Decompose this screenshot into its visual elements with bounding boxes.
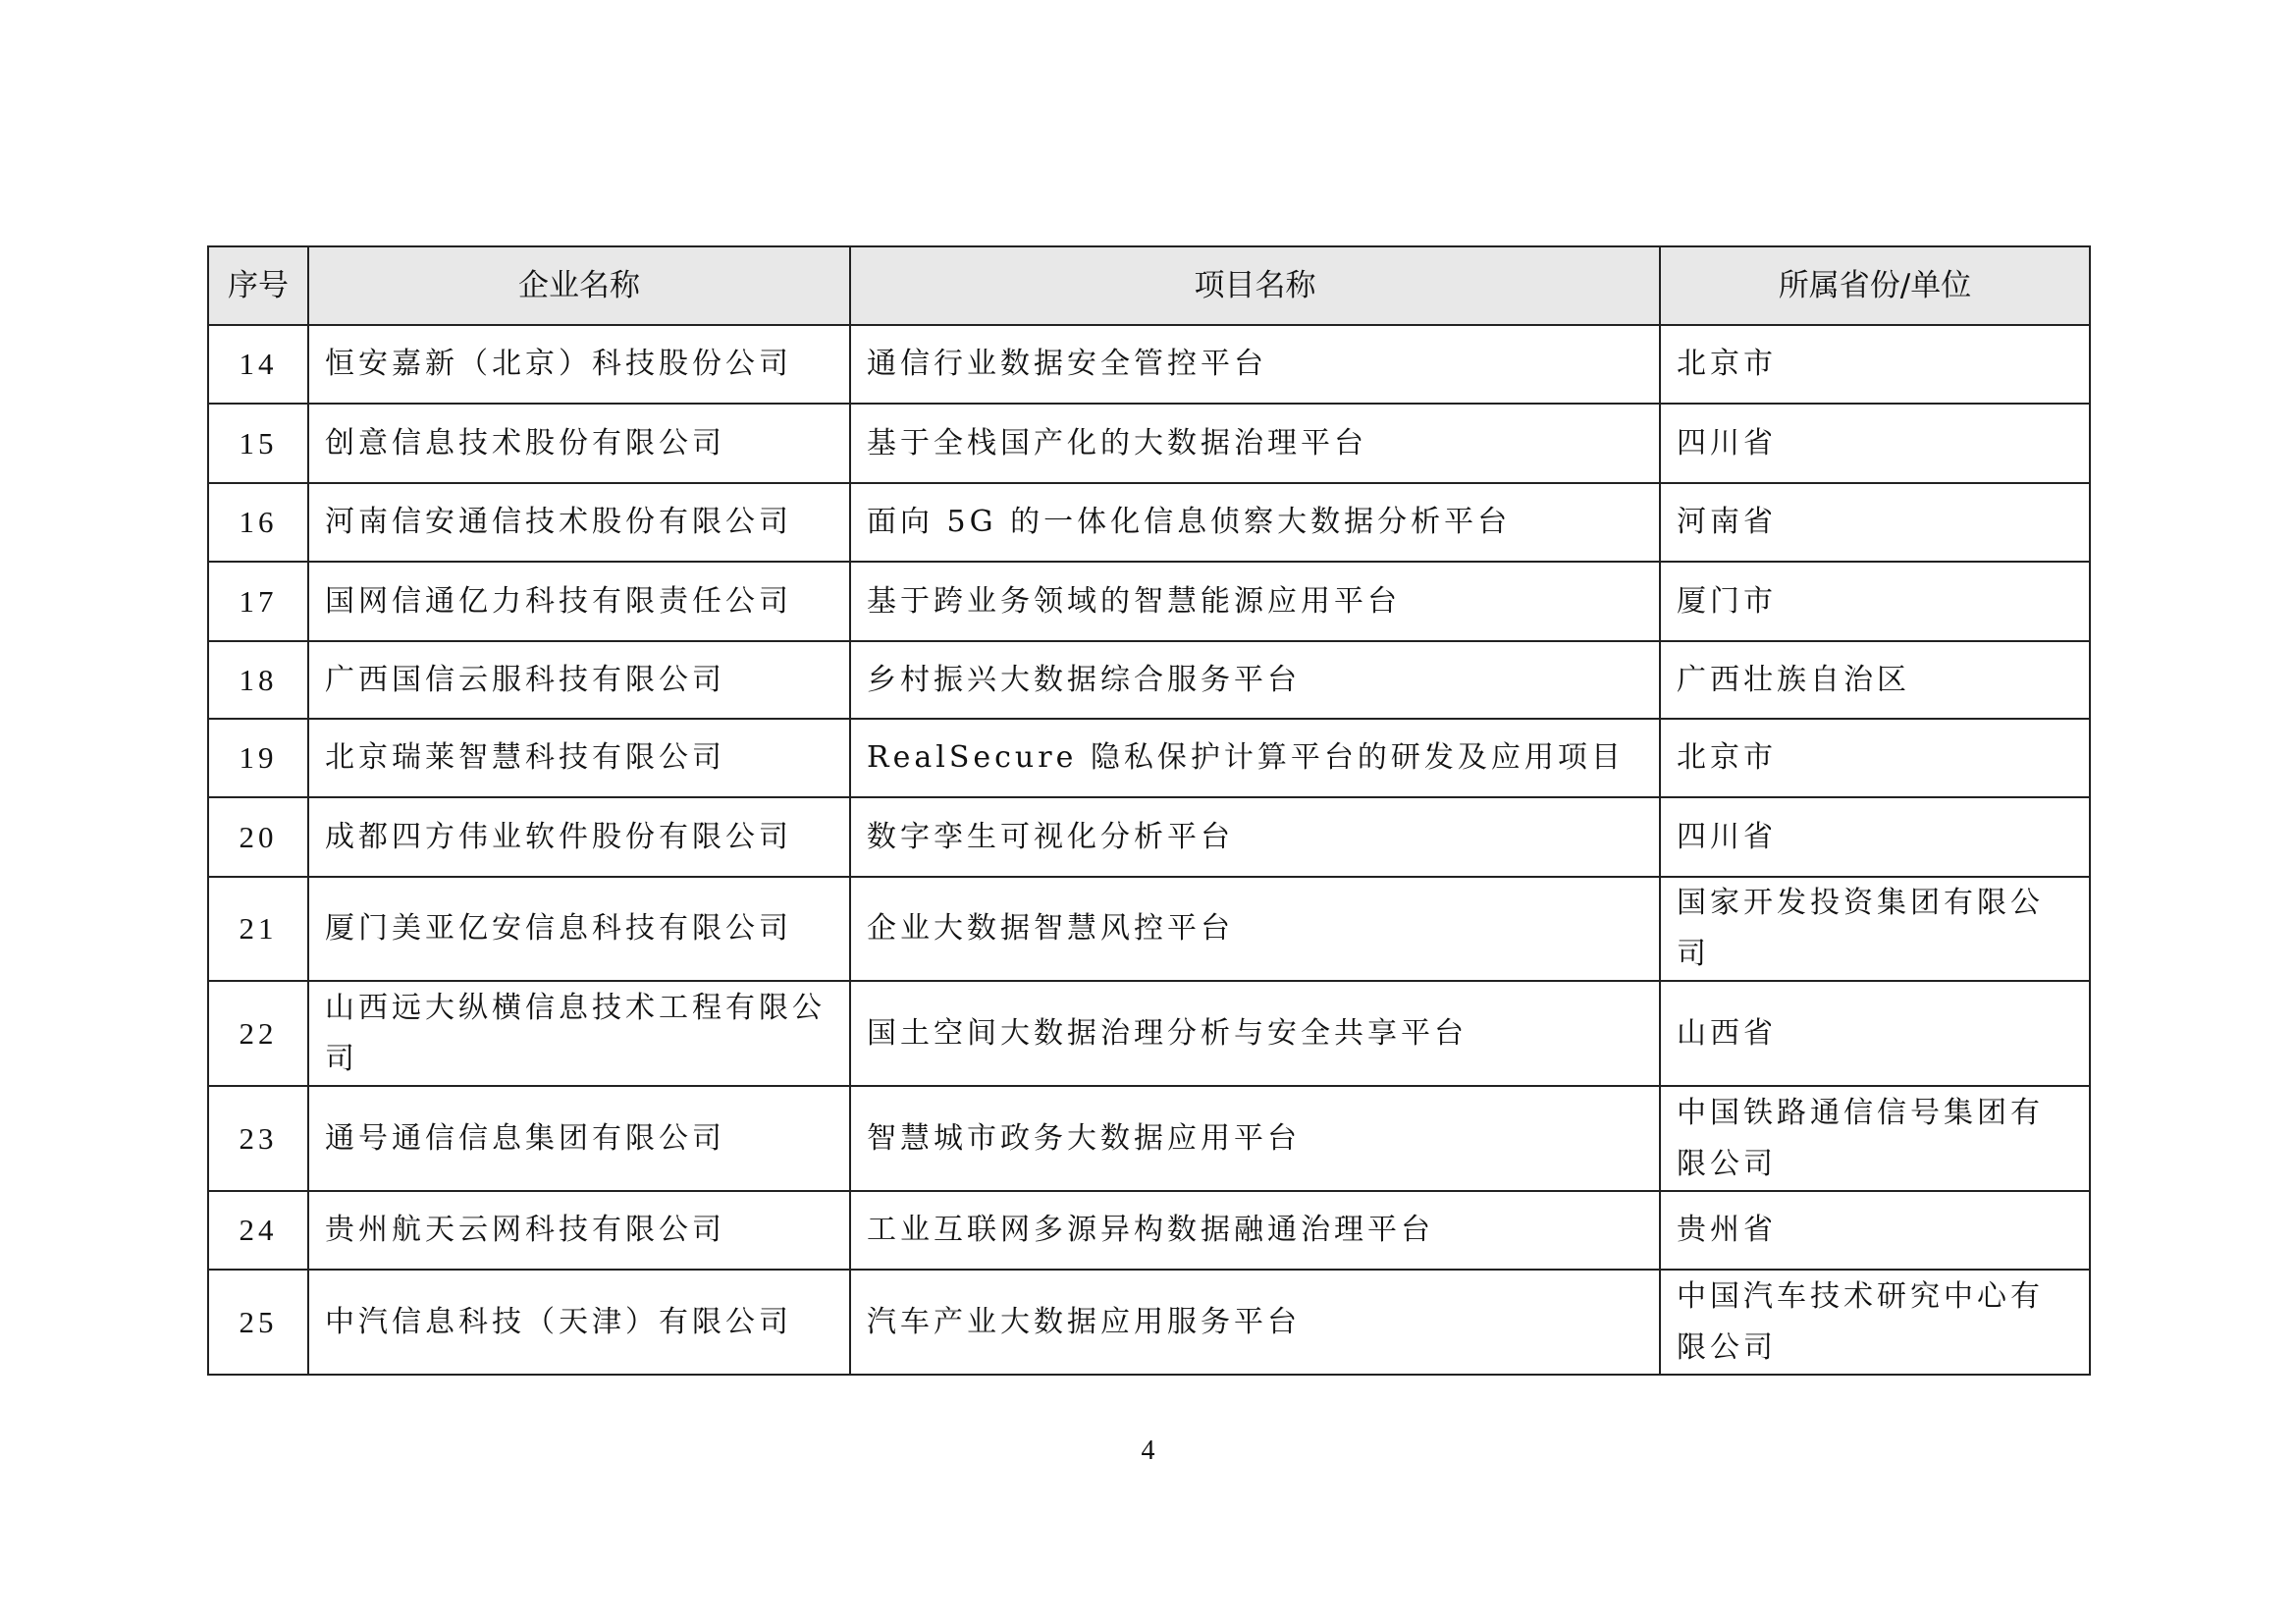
page-number: 4 (0, 1435, 2296, 1467)
region-cell: 四川省 (1660, 404, 2090, 483)
project-name-cell: 汽车产业大数据应用服务平台 (850, 1270, 1660, 1375)
table-row: 25中汽信息科技（天津）有限公司汽车产业大数据应用服务平台中国汽车技术研究中心有… (208, 1270, 2090, 1375)
serial-number-cell: 18 (208, 641, 308, 719)
serial-number-cell: 20 (208, 797, 308, 877)
table-row: 15创意信息技术股份有限公司基于全栈国产化的大数据治理平台四川省 (208, 404, 2090, 483)
serial-number-cell: 16 (208, 483, 308, 562)
table-row: 22山西远大纵横信息技术工程有限公司国土空间大数据治理分析与安全共享平台山西省 (208, 981, 2090, 1086)
project-name-cell: 国土空间大数据治理分析与安全共享平台 (850, 981, 1660, 1086)
company-name-cell: 恒安嘉新（北京）科技股份公司 (308, 325, 850, 404)
serial-number-cell: 22 (208, 981, 308, 1086)
company-name-cell: 国网信通亿力科技有限责任公司 (308, 562, 850, 641)
table-row: 14恒安嘉新（北京）科技股份公司通信行业数据安全管控平台北京市 (208, 325, 2090, 404)
header-region-unit: 所属省份/单位 (1660, 246, 2090, 325)
region-cell: 广西壮族自治区 (1660, 641, 2090, 719)
header-serial-number: 序号 (208, 246, 308, 325)
region-cell: 厦门市 (1660, 562, 2090, 641)
project-name-cell: 工业互联网多源异构数据融通治理平台 (850, 1191, 1660, 1270)
company-name-cell: 北京瑞莱智慧科技有限公司 (308, 719, 850, 797)
serial-number-cell: 15 (208, 404, 308, 483)
company-name-cell: 山西远大纵横信息技术工程有限公司 (308, 981, 850, 1086)
header-project-name: 项目名称 (850, 246, 1660, 325)
company-name-cell: 创意信息技术股份有限公司 (308, 404, 850, 483)
region-cell: 国家开发投资集团有限公司 (1660, 877, 2090, 981)
serial-number-cell: 19 (208, 719, 308, 797)
serial-number-cell: 14 (208, 325, 308, 404)
region-cell: 四川省 (1660, 797, 2090, 877)
project-name-cell: 基于全栈国产化的大数据治理平台 (850, 404, 1660, 483)
project-list-table: 序号 企业名称 项目名称 所属省份/单位 14恒安嘉新（北京）科技股份公司通信行… (207, 245, 2091, 1376)
company-name-cell: 厦门美亚亿安信息科技有限公司 (308, 877, 850, 981)
serial-number-cell: 17 (208, 562, 308, 641)
table-row: 18广西国信云服科技有限公司乡村振兴大数据综合服务平台广西壮族自治区 (208, 641, 2090, 719)
table-row: 19北京瑞莱智慧科技有限公司RealSecure 隐私保护计算平台的研发及应用项… (208, 719, 2090, 797)
project-name-cell: RealSecure 隐私保护计算平台的研发及应用项目 (850, 719, 1660, 797)
project-name-cell: 智慧城市政务大数据应用平台 (850, 1086, 1660, 1191)
project-name-cell: 通信行业数据安全管控平台 (850, 325, 1660, 404)
region-cell: 山西省 (1660, 981, 2090, 1086)
project-name-cell: 面向 5G 的一体化信息侦察大数据分析平台 (850, 483, 1660, 562)
table-row: 23通号通信信息集团有限公司智慧城市政务大数据应用平台中国铁路通信信号集团有限公… (208, 1086, 2090, 1191)
serial-number-cell: 23 (208, 1086, 308, 1191)
company-name-cell: 广西国信云服科技有限公司 (308, 641, 850, 719)
table-row: 24贵州航天云网科技有限公司工业互联网多源异构数据融通治理平台贵州省 (208, 1191, 2090, 1270)
region-cell: 中国铁路通信信号集团有限公司 (1660, 1086, 2090, 1191)
header-company-name: 企业名称 (308, 246, 850, 325)
company-name-cell: 中汽信息科技（天津）有限公司 (308, 1270, 850, 1375)
region-cell: 中国汽车技术研究中心有限公司 (1660, 1270, 2090, 1375)
table-header-row: 序号 企业名称 项目名称 所属省份/单位 (208, 246, 2090, 325)
region-cell: 河南省 (1660, 483, 2090, 562)
table-row: 21厦门美亚亿安信息科技有限公司企业大数据智慧风控平台国家开发投资集团有限公司 (208, 877, 2090, 981)
table-row: 20成都四方伟业软件股份有限公司数字孪生可视化分析平台四川省 (208, 797, 2090, 877)
project-name-cell: 企业大数据智慧风控平台 (850, 877, 1660, 981)
table-row: 17国网信通亿力科技有限责任公司基于跨业务领域的智慧能源应用平台厦门市 (208, 562, 2090, 641)
region-cell: 北京市 (1660, 719, 2090, 797)
serial-number-cell: 25 (208, 1270, 308, 1375)
serial-number-cell: 24 (208, 1191, 308, 1270)
company-name-cell: 通号通信信息集团有限公司 (308, 1086, 850, 1191)
company-name-cell: 贵州航天云网科技有限公司 (308, 1191, 850, 1270)
company-name-cell: 河南信安通信技术股份有限公司 (308, 483, 850, 562)
project-name-cell: 乡村振兴大数据综合服务平台 (850, 641, 1660, 719)
table-row: 16河南信安通信技术股份有限公司面向 5G 的一体化信息侦察大数据分析平台河南省 (208, 483, 2090, 562)
company-name-cell: 成都四方伟业软件股份有限公司 (308, 797, 850, 877)
project-name-cell: 基于跨业务领域的智慧能源应用平台 (850, 562, 1660, 641)
region-cell: 北京市 (1660, 325, 2090, 404)
project-name-cell: 数字孪生可视化分析平台 (850, 797, 1660, 877)
serial-number-cell: 21 (208, 877, 308, 981)
region-cell: 贵州省 (1660, 1191, 2090, 1270)
